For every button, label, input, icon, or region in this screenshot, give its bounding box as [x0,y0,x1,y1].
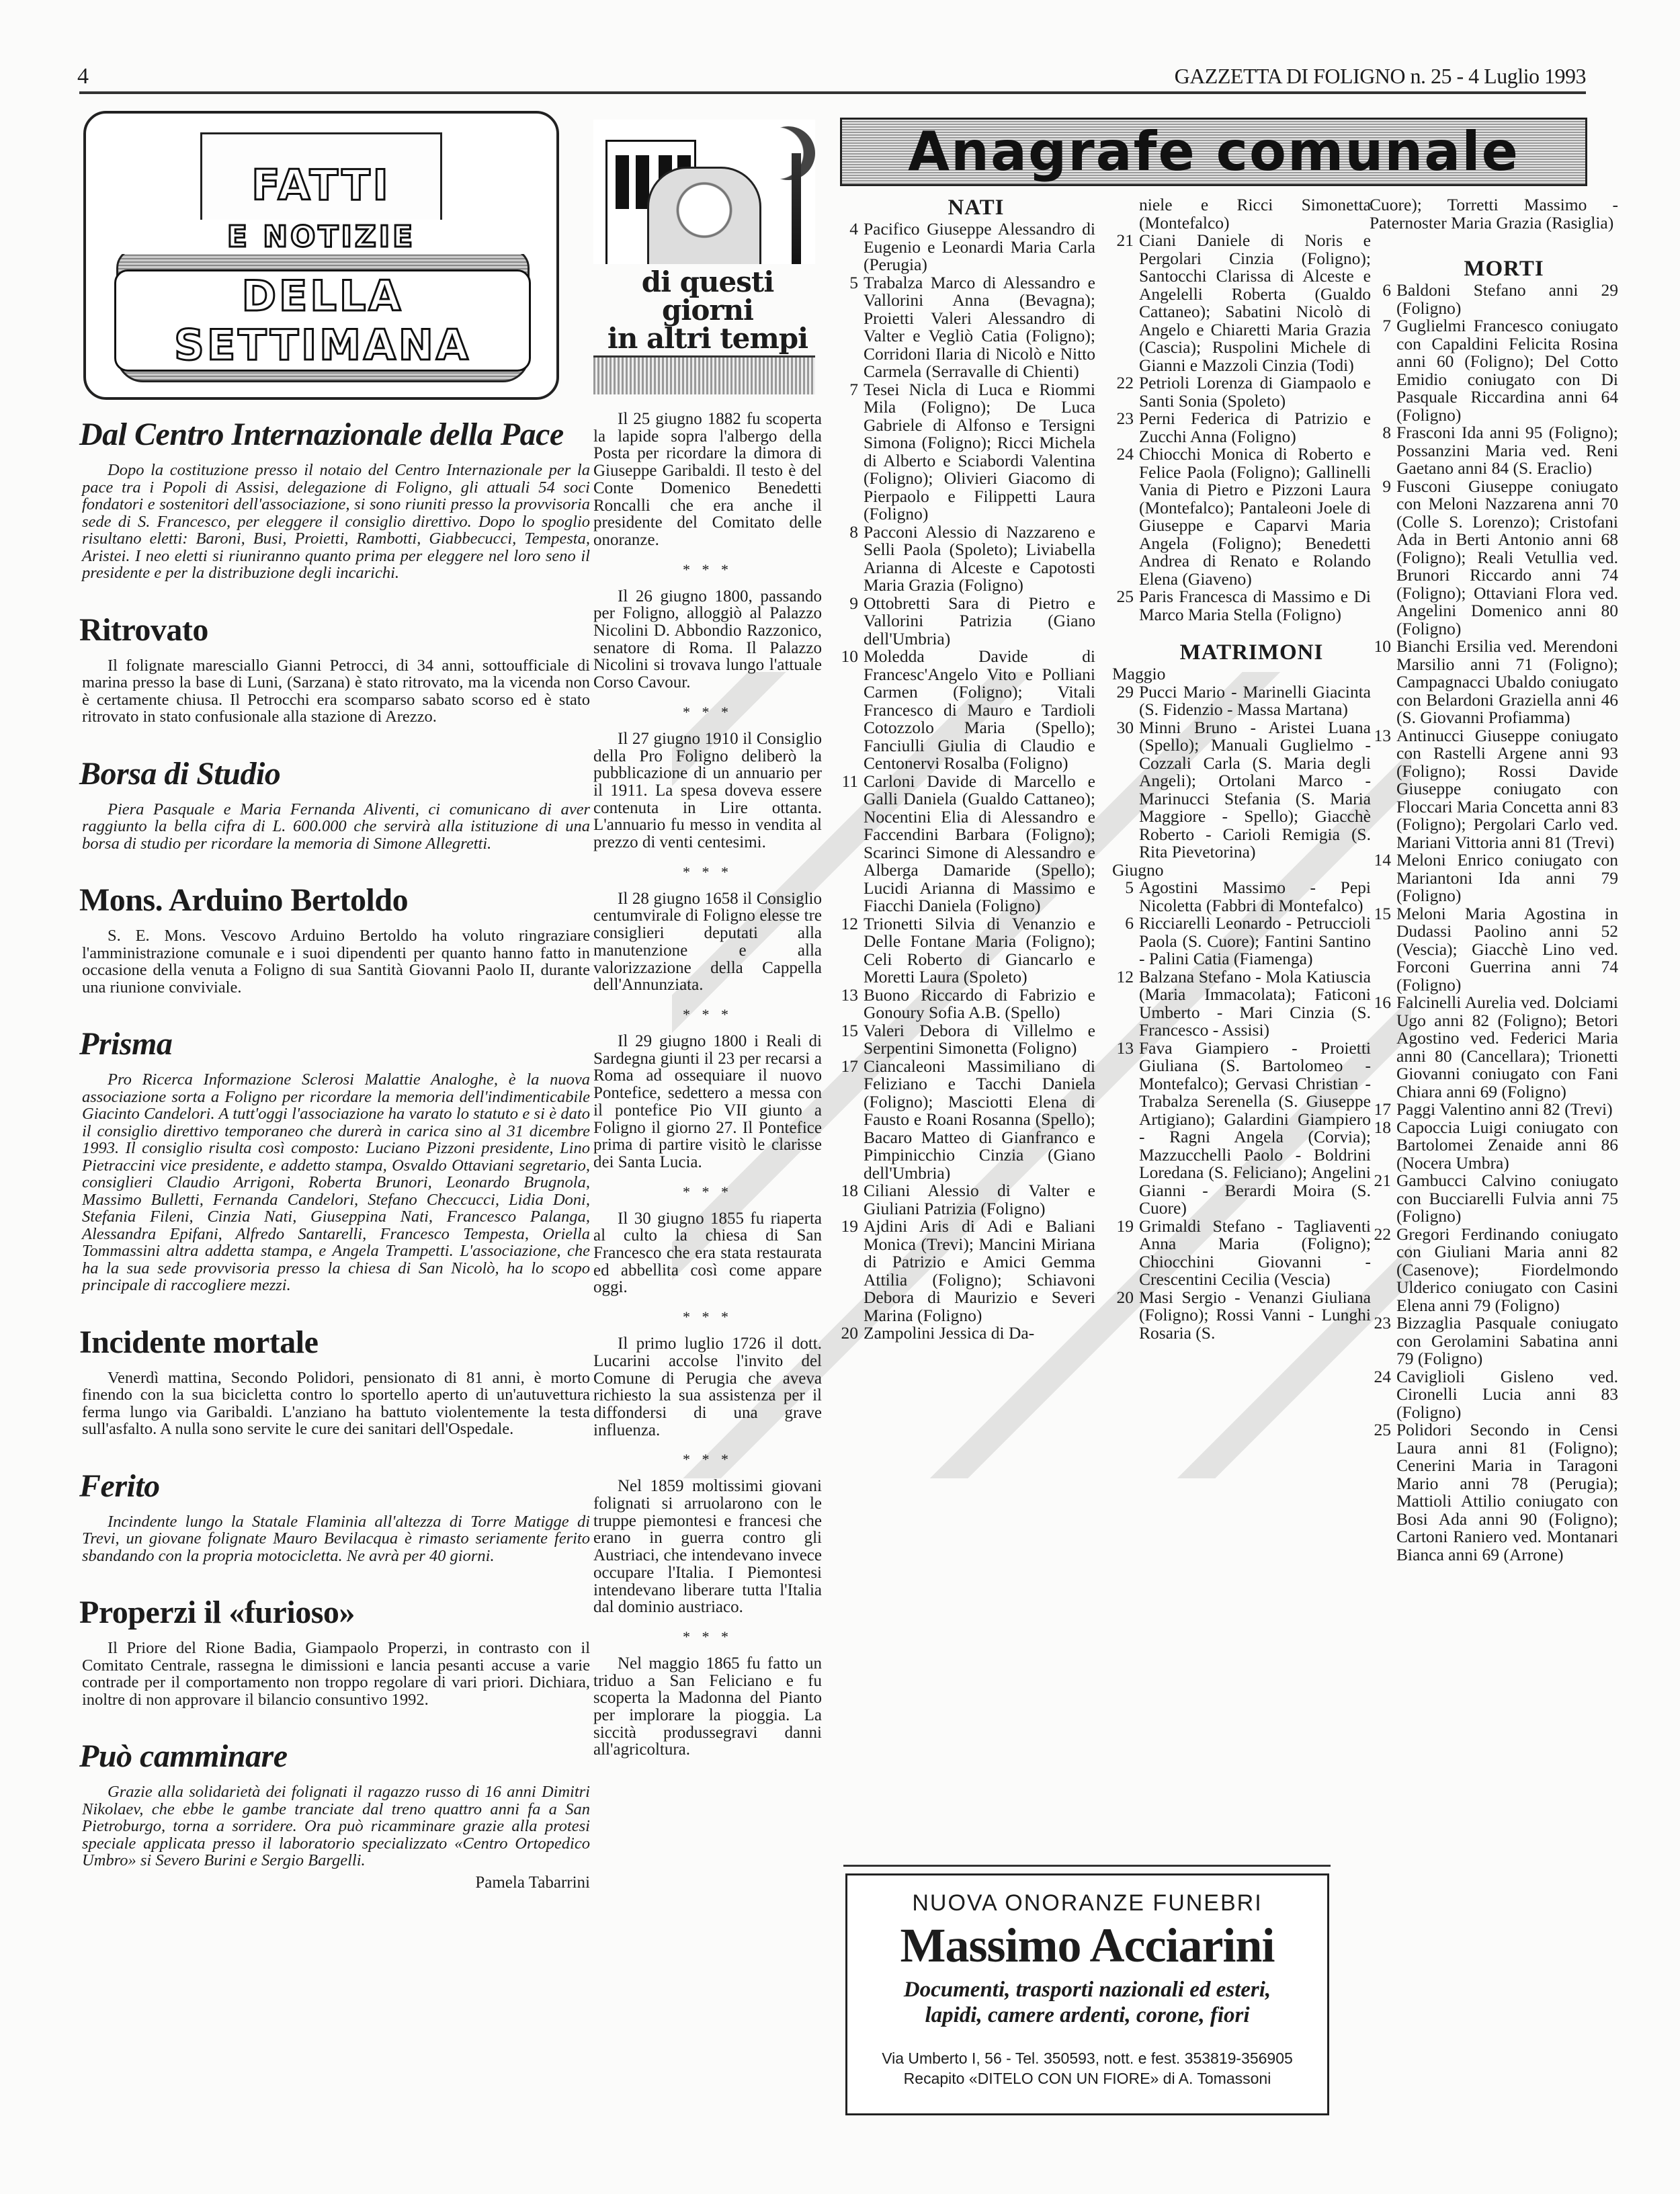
article-title: Ritrovato [79,610,590,650]
list-item: 12Balzana Stefano - Mola Katiuscia (Mari… [1112,968,1371,1040]
list-item: 9Fusconi Giuseppe coniugato con Meloni N… [1370,478,1618,638]
list-item: 24Chiocchi Monica di Roberto e Felice Pa… [1112,446,1371,588]
list-item: 15Meloni Maria Agostina in Dudassi Paoli… [1370,905,1618,995]
entry-day: 23 [1370,1314,1396,1368]
entry-text: Capoccia Luigi coniugato con Bartolomei … [1396,1119,1618,1173]
article-title: Ferito [79,1466,590,1507]
anagrafe-title: Anagrafe comunale [842,124,1585,180]
entry-text: Antinucci Giuseppe coniugato con Rastell… [1396,727,1618,852]
article-borsa-studio: Borsa di Studio Piera Pasquale e Maria F… [79,754,590,853]
article-ritrovato: Ritrovato Il folignate maresciallo Giann… [79,610,590,726]
advert-address: Via Umberto I, 56 - Tel. 350593, nott. e… [847,2048,1327,2088]
article-centro-pace: Dal Centro Internazionale della Pace Dop… [79,415,590,582]
article-body: Piera Pasquale e Maria Fernanda Aliventi… [79,801,590,853]
entry-text: Pacconi Alessio di Nazzareno e Selli Pao… [864,523,1095,595]
entry-text: Carloni Davide di Marcello e Galli Danie… [864,773,1095,915]
entry-day: 6 [1370,282,1396,317]
list-item: 10Bianchi Ersilia ved. Merendoni Marsili… [1370,638,1618,727]
history-column: di questi giorni in altri tempi Il 25 gi… [593,120,822,1759]
entry-text: Chiocchi Monica di Roberto e Felice Paol… [1139,446,1371,588]
history-entry: Il primo luglio 1726 il dott. Lucarini a… [593,1335,822,1439]
entry-text: Falcinelli Aurelia ved. Dolciami Ugo ann… [1396,994,1618,1101]
entry-text: Buono Riccardo di Fabrizio e Gonoury Sof… [864,986,1095,1022]
entry-text: Perni Federica di Patrizio e Zucchi Anna… [1139,410,1371,446]
article-title: Mons. Arduino Bertoldo [79,880,590,921]
entry-text: Gambucci Calvino coniugato con Bucciarel… [1396,1172,1618,1226]
masthead: GAZZETTA DI FOLIGNO n. 25 - 4 Luglio 199… [1175,64,1586,89]
entry-day: 9 [1370,478,1396,638]
entry-text: Ciliani Alessio di Valter e Giuliani Pat… [864,1182,1095,1218]
advert-rule [843,1865,1331,1867]
entry-day: 19 [837,1218,864,1324]
entry-day: 22 [1112,374,1139,410]
list-item: 23Bizzaglia Pasquale coniugato con Gerol… [1370,1314,1618,1368]
entry-day: 10 [837,648,864,773]
entry-text: Ciancaleoni Massimiliano di Feliziano e … [864,1058,1095,1183]
history-entry: Il 26 giugno 1800, passando per Foligno,… [593,588,822,691]
separator: * * * [593,863,822,881]
separator: * * * [593,561,822,579]
entry-day: 22 [1370,1226,1396,1315]
entry-text: Zampolini Jessica di Da- [864,1324,1095,1343]
entry-day: 15 [837,1022,864,1058]
entry-day: 4 [837,220,864,274]
entry-text: Moledda Davide di Francesc'Angelo Vito e… [864,648,1095,773]
entry-day: 25 [1370,1421,1396,1564]
article-title: Può camminare [79,1736,590,1777]
separator: * * * [593,704,822,721]
entry-day: 20 [837,1324,864,1343]
advert-description: Documenti, trasporti nazionali ed esteri… [847,1977,1327,2028]
separator: * * * [593,1006,822,1023]
list-item: 19Grimaldi Stefano - Tagliaventi Anna Ma… [1112,1218,1371,1289]
entry-day: 7 [1370,317,1396,424]
list-item: 25Paris Francesca di Massimo e Di Marco … [1112,588,1371,624]
entry-text: Bizzaglia Pasquale coniugato con Gerolam… [1396,1314,1618,1368]
list-item: 6Baldoni Stefano anni 29 (Foligno) [1370,282,1618,317]
anagrafe-column-matrimoni: niele e Ricci Simonetta (Montefalco)21Ci… [1112,196,1371,1342]
entry-day: 29 [1112,683,1139,719]
history-entry: Il 27 giugno 1910 il Consiglio della Pro… [593,730,822,851]
article-title: Incidente mortale [79,1322,590,1363]
entry-text: Bianchi Ersilia ved. Merendoni Marsilio … [1396,638,1618,727]
entry-day: 15 [1370,905,1396,995]
entry-text: Tesei Nicla di Luca e Riommi Mila (Folig… [864,381,1095,523]
list-item: 8Frasconi Ida anni 95 (Foligno); Possanz… [1370,424,1618,478]
list-item: 13Fava Giampiero - Proietti Giuliana (S.… [1112,1040,1371,1218]
list-item: 29Pucci Mario - Marinelli Giacinta (S. F… [1112,683,1371,719]
month-label: Maggio [1112,665,1371,683]
entry-day: 24 [1370,1368,1396,1422]
section-heading-nati: NATI [857,196,1095,219]
entry-text: Meloni Enrico coniugato con Mariantoni I… [1396,851,1618,905]
separator: * * * [593,1183,822,1201]
article-body: S. E. Mons. Vescovo Arduino Bertoldo ha … [79,927,590,996]
section-heading-matrimoni: MATRIMONI [1132,641,1371,664]
article-title: Borsa di Studio [79,754,590,794]
entry-day: 6 [1112,915,1139,968]
moon-icon [761,126,815,180]
history-entry: Nel 1859 moltissimi giovani folignati si… [593,1478,822,1616]
list-item: 20Zampolini Jessica di Da- [837,1324,1095,1343]
anagrafe-column-morti: Cuore); Torretti Massimo - Paternoster M… [1370,196,1618,1564]
list-item: 4Pacifico Giuseppe Alessandro di Eugenio… [837,220,1095,274]
list-item: 13Antinucci Giuseppe coniugato con Raste… [1370,727,1618,852]
history-entry: Il 30 giugno 1855 fu riaperta al culto l… [593,1210,822,1297]
list-item: 23Perni Federica di Patrizio e Zucchi An… [1112,410,1371,446]
entry-day: 9 [837,595,864,648]
article-ferito: Ferito Incindente lungo la Statale Flami… [79,1466,590,1565]
list-item: 22Gregori Ferdinando coniugato con Giuli… [1370,1226,1618,1315]
advert-top-line: NUOVA ONORANZE FUNEBRI [847,1890,1327,1916]
entry-day: 19 [1112,1218,1139,1289]
candle-icon [792,153,801,264]
list-item: 12Trionetti Silvia di Venanzio e Delle F… [837,915,1095,986]
list-item: 22Petrioli Lorenza di Giampaolo e Santi … [1112,374,1371,410]
entry-day: 13 [1370,727,1396,852]
article-puo-camminare: Può camminare Grazie alla solidarietà de… [79,1736,590,1892]
history-title: di questi giorni in altri tempi [593,268,822,353]
article-body: Il folignate maresciallo Gianni Petrocci… [79,657,590,726]
list-item: 17Paggi Valentino anni 82 (Trevi) [1370,1101,1618,1119]
entry-text: Pucci Mario - Marinelli Giacinta (S. Fid… [1139,683,1371,719]
separator: * * * [593,1451,822,1468]
entry-day: 12 [1112,968,1139,1040]
list-item: 18Capoccia Luigi coniugato con Bartolome… [1370,1119,1618,1173]
entry-day: 21 [1112,232,1139,374]
article-title: Properzi il «furioso» [79,1593,590,1633]
entry-day: 24 [1112,446,1139,588]
advert-name: Massimo Acciarini [847,1916,1327,1974]
entry-day: 10 [1370,638,1396,727]
entry-text: Frasconi Ida anni 95 (Foligno); Possanzi… [1396,424,1618,478]
list-item: 7Tesei Nicla di Luca e Riommi Mila (Foli… [837,381,1095,523]
list-item: 17Ciancaleoni Massimiliano di Feliziano … [837,1058,1095,1183]
entry-text: Fava Giampiero - Proietti Giuliana (S. B… [1139,1040,1371,1218]
entry-day: 16 [1370,994,1396,1101]
entry-day: 21 [1370,1172,1396,1226]
funeral-advert: NUOVA ONORANZE FUNEBRI Massimo Acciarini… [845,1873,1329,2115]
scribe-figure-icon [647,167,761,264]
entry-day: 12 [837,915,864,986]
article-body: Incindente lungo la Statale Flaminia all… [79,1513,590,1565]
anagrafe-column-nati: NATI 4Pacifico Giuseppe Alessandro di Eu… [837,196,1095,1343]
entry-text: Valeri Debora di Villelmo e Serpentini S… [864,1022,1095,1058]
list-item: 13Buono Riccardo di Fabrizio e Gonoury S… [837,986,1095,1022]
header-rule [79,91,1586,94]
entry-day: 20 [1112,1289,1139,1343]
entry-text: Petrioli Lorenza di Giampaolo e Santi So… [1139,374,1371,410]
entry-text: Ajdini Aris di Adi e Baliani Monica (Tre… [864,1218,1095,1324]
history-entry: Il 25 giugno 1882 fu scoperta la lapide … [593,411,822,549]
entry-text: Trionetti Silvia di Venanzio e Delle Fon… [864,915,1095,986]
page-number: 4 [77,64,89,89]
logo-word-settimana: DELLA SETTIMANA [114,269,531,372]
entry-text: niele e Ricci Simonetta (Montefalco) [1139,196,1371,232]
list-item: 11Carloni Davide di Marcello e Galli Dan… [837,773,1095,915]
history-entry: Nel maggio 1865 fu fatto un triduo a San… [593,1655,822,1759]
entry-day: 30 [1112,719,1139,861]
entry-text: Pacifico Giuseppe Alessandro di Eugenio … [864,220,1095,274]
entry-day: 5 [837,274,864,381]
entry-text: Paggi Valentino anni 82 (Trevi) [1396,1101,1618,1119]
entry-day: 14 [1370,851,1396,905]
article-title: Prisma [79,1024,590,1064]
entry-day: 8 [837,523,864,595]
entry-text: Paris Francesca di Massimo e Di Marco Ma… [1139,588,1371,624]
entry-day: 23 [1112,410,1139,446]
entry-day [1112,196,1139,232]
article-mons-bertoldo: Mons. Arduino Bertoldo S. E. Mons. Vesco… [79,880,590,996]
article-prisma: Prisma Pro Ricerca Informazione Sclerosi… [79,1024,590,1294]
entry-text: Polidori Secondo in Censi Laura anni 81 … [1396,1421,1618,1564]
illustration-footer [593,355,815,394]
list-item: 7Guglielmi Francesco coniugato con Capal… [1370,317,1618,424]
article-title: Dal Centro Internazionale della Pace [79,415,590,455]
list-item: 24Caviglioli Gisleno ved. Cironelli Luci… [1370,1368,1618,1422]
list-item: 16Falcinelli Aurelia ved. Dolciami Ugo a… [1370,994,1618,1101]
list-item: 14Meloni Enrico coniugato con Mariantoni… [1370,851,1618,905]
article-body: Pro Ricerca Informazione Sclerosi Malatt… [79,1071,590,1294]
entry-day: 7 [837,381,864,523]
list-item: 15Valeri Debora di Villelmo e Serpentini… [837,1022,1095,1058]
separator: * * * [593,1308,822,1326]
entry-day: 11 [837,773,864,915]
article-incidente-mortale: Incidente mortale Venerdì mattina, Secon… [79,1322,590,1438]
entry-text: Meloni Maria Agostina in Dudassi Paolino… [1396,905,1618,995]
entry-day: 13 [1112,1040,1139,1218]
entry-text: Fusconi Giuseppe coniugato con Meloni Na… [1396,478,1618,638]
list-item: 30Minni Bruno - Aristei Luana (Spello); … [1112,719,1371,861]
author-signature: Pamela Tabarrini [79,1873,590,1892]
entry-day: 5 [1112,879,1139,915]
entry-text: Trabalza Marco di Alessandro e Vallorini… [864,274,1095,381]
entry-text: Gregori Ferdinando coniugato con Giulian… [1396,1226,1618,1315]
entry-text: Guglielmi Francesco coniugato con Capald… [1396,317,1618,424]
list-item: 21Gambucci Calvino coniugato con Bucciar… [1370,1172,1618,1226]
entry-day: 18 [837,1182,864,1218]
list-item: 18Ciliani Alessio di Valter e Giuliani P… [837,1182,1095,1218]
entry-day: 8 [1370,424,1396,478]
entry-text: Ricciarelli Leonardo - Petruccioli Paola… [1139,915,1371,968]
list-item: 25Polidori Secondo in Censi Laura anni 8… [1370,1421,1618,1564]
list-item: 5Trabalza Marco di Alessandro e Vallorin… [837,274,1095,381]
entry-text: Balzana Stefano - Mola Katiuscia (Maria … [1139,968,1371,1040]
list-item: 10Moledda Davide di Francesc'Angelo Vito… [837,648,1095,773]
entry-day: 13 [837,986,864,1022]
section-heading-morti: MORTI [1390,257,1618,280]
list-item: niele e Ricci Simonetta (Montefalco) [1112,196,1371,232]
entry-text: Minni Bruno - Aristei Luana (Spello); Ma… [1139,719,1371,861]
page-header: 4 GAZZETTA DI FOLIGNO n. 25 - 4 Luglio 1… [77,64,1586,94]
entry-text: Ciani Daniele di Noris e Pergolari Cinzi… [1139,232,1371,374]
list-item: 20Masi Sergio - Venanzi Giuliana (Folign… [1112,1289,1371,1343]
list-item: 9Ottobretti Sara di Pietro e Vallorini P… [837,595,1095,648]
entry-day: 25 [1112,588,1139,624]
anagrafe-banner: Anagrafe comunale [840,118,1587,186]
entry-day: 17 [1370,1101,1396,1119]
entry-text: Masi Sergio - Venanzi Giuliana (Foligno)… [1139,1289,1371,1343]
list-item: 21Ciani Daniele di Noris e Pergolari Cin… [1112,232,1371,374]
list-item: 5Agostini Massimo - Pepi Nicoletta (Fabb… [1112,879,1371,915]
article-properzi: Properzi il «furioso» Il Priore del Rion… [79,1593,590,1708]
list-item: 8Pacconi Alessio di Nazzareno e Selli Pa… [837,523,1095,595]
month-label: Giugno [1112,861,1371,880]
entry-text: Agostini Massimo - Pepi Nicoletta (Fabbr… [1139,879,1371,915]
matrimoni-continued: Cuore); Torretti Massimo - Paternoster M… [1370,196,1618,232]
list-item: 19Ajdini Aris di Adi e Baliani Monica (T… [837,1218,1095,1324]
scribe-illustration [593,120,815,264]
entry-day: 18 [1370,1119,1396,1173]
entry-text: Baldoni Stefano anni 29 (Foligno) [1396,282,1618,317]
history-entry: Il 29 giugno 1800 i Reali di Sardegna gi… [593,1033,822,1171]
entry-day: 17 [837,1058,864,1183]
article-body: Venerdì mattina, Secondo Polidori, pensi… [79,1369,590,1438]
entry-text: Grimaldi Stefano - Tagliaventi Anna Mari… [1139,1218,1371,1289]
logo-word-fatti: FATTI [86,161,556,210]
article-body: Grazie alla solidarietà dei folignati il… [79,1783,590,1869]
entry-text: Ottobretti Sara di Pietro e Vallorini Pa… [864,595,1095,648]
logo-word-notizie: E NOTIZIE [86,220,556,254]
history-entry: Il 28 giugno 1658 il Consiglio centumvir… [593,890,822,994]
list-item: 6Ricciarelli Leonardo - Petruccioli Paol… [1112,915,1371,968]
separator: * * * [593,1628,822,1646]
fatti-notizie-logo: FATTI E NOTIZIE DELLA SETTIMANA [83,111,559,400]
entry-text: Caviglioli Gisleno ved. Cironelli Lucia … [1396,1368,1618,1422]
article-body: Il Priore del Rione Badia, Giampaolo Pro… [79,1640,590,1708]
news-column: FATTI E NOTIZIE DELLA SETTIMANA Dal Cent… [79,111,590,1892]
article-body: Dopo la costituzione presso il notaio de… [79,462,590,582]
